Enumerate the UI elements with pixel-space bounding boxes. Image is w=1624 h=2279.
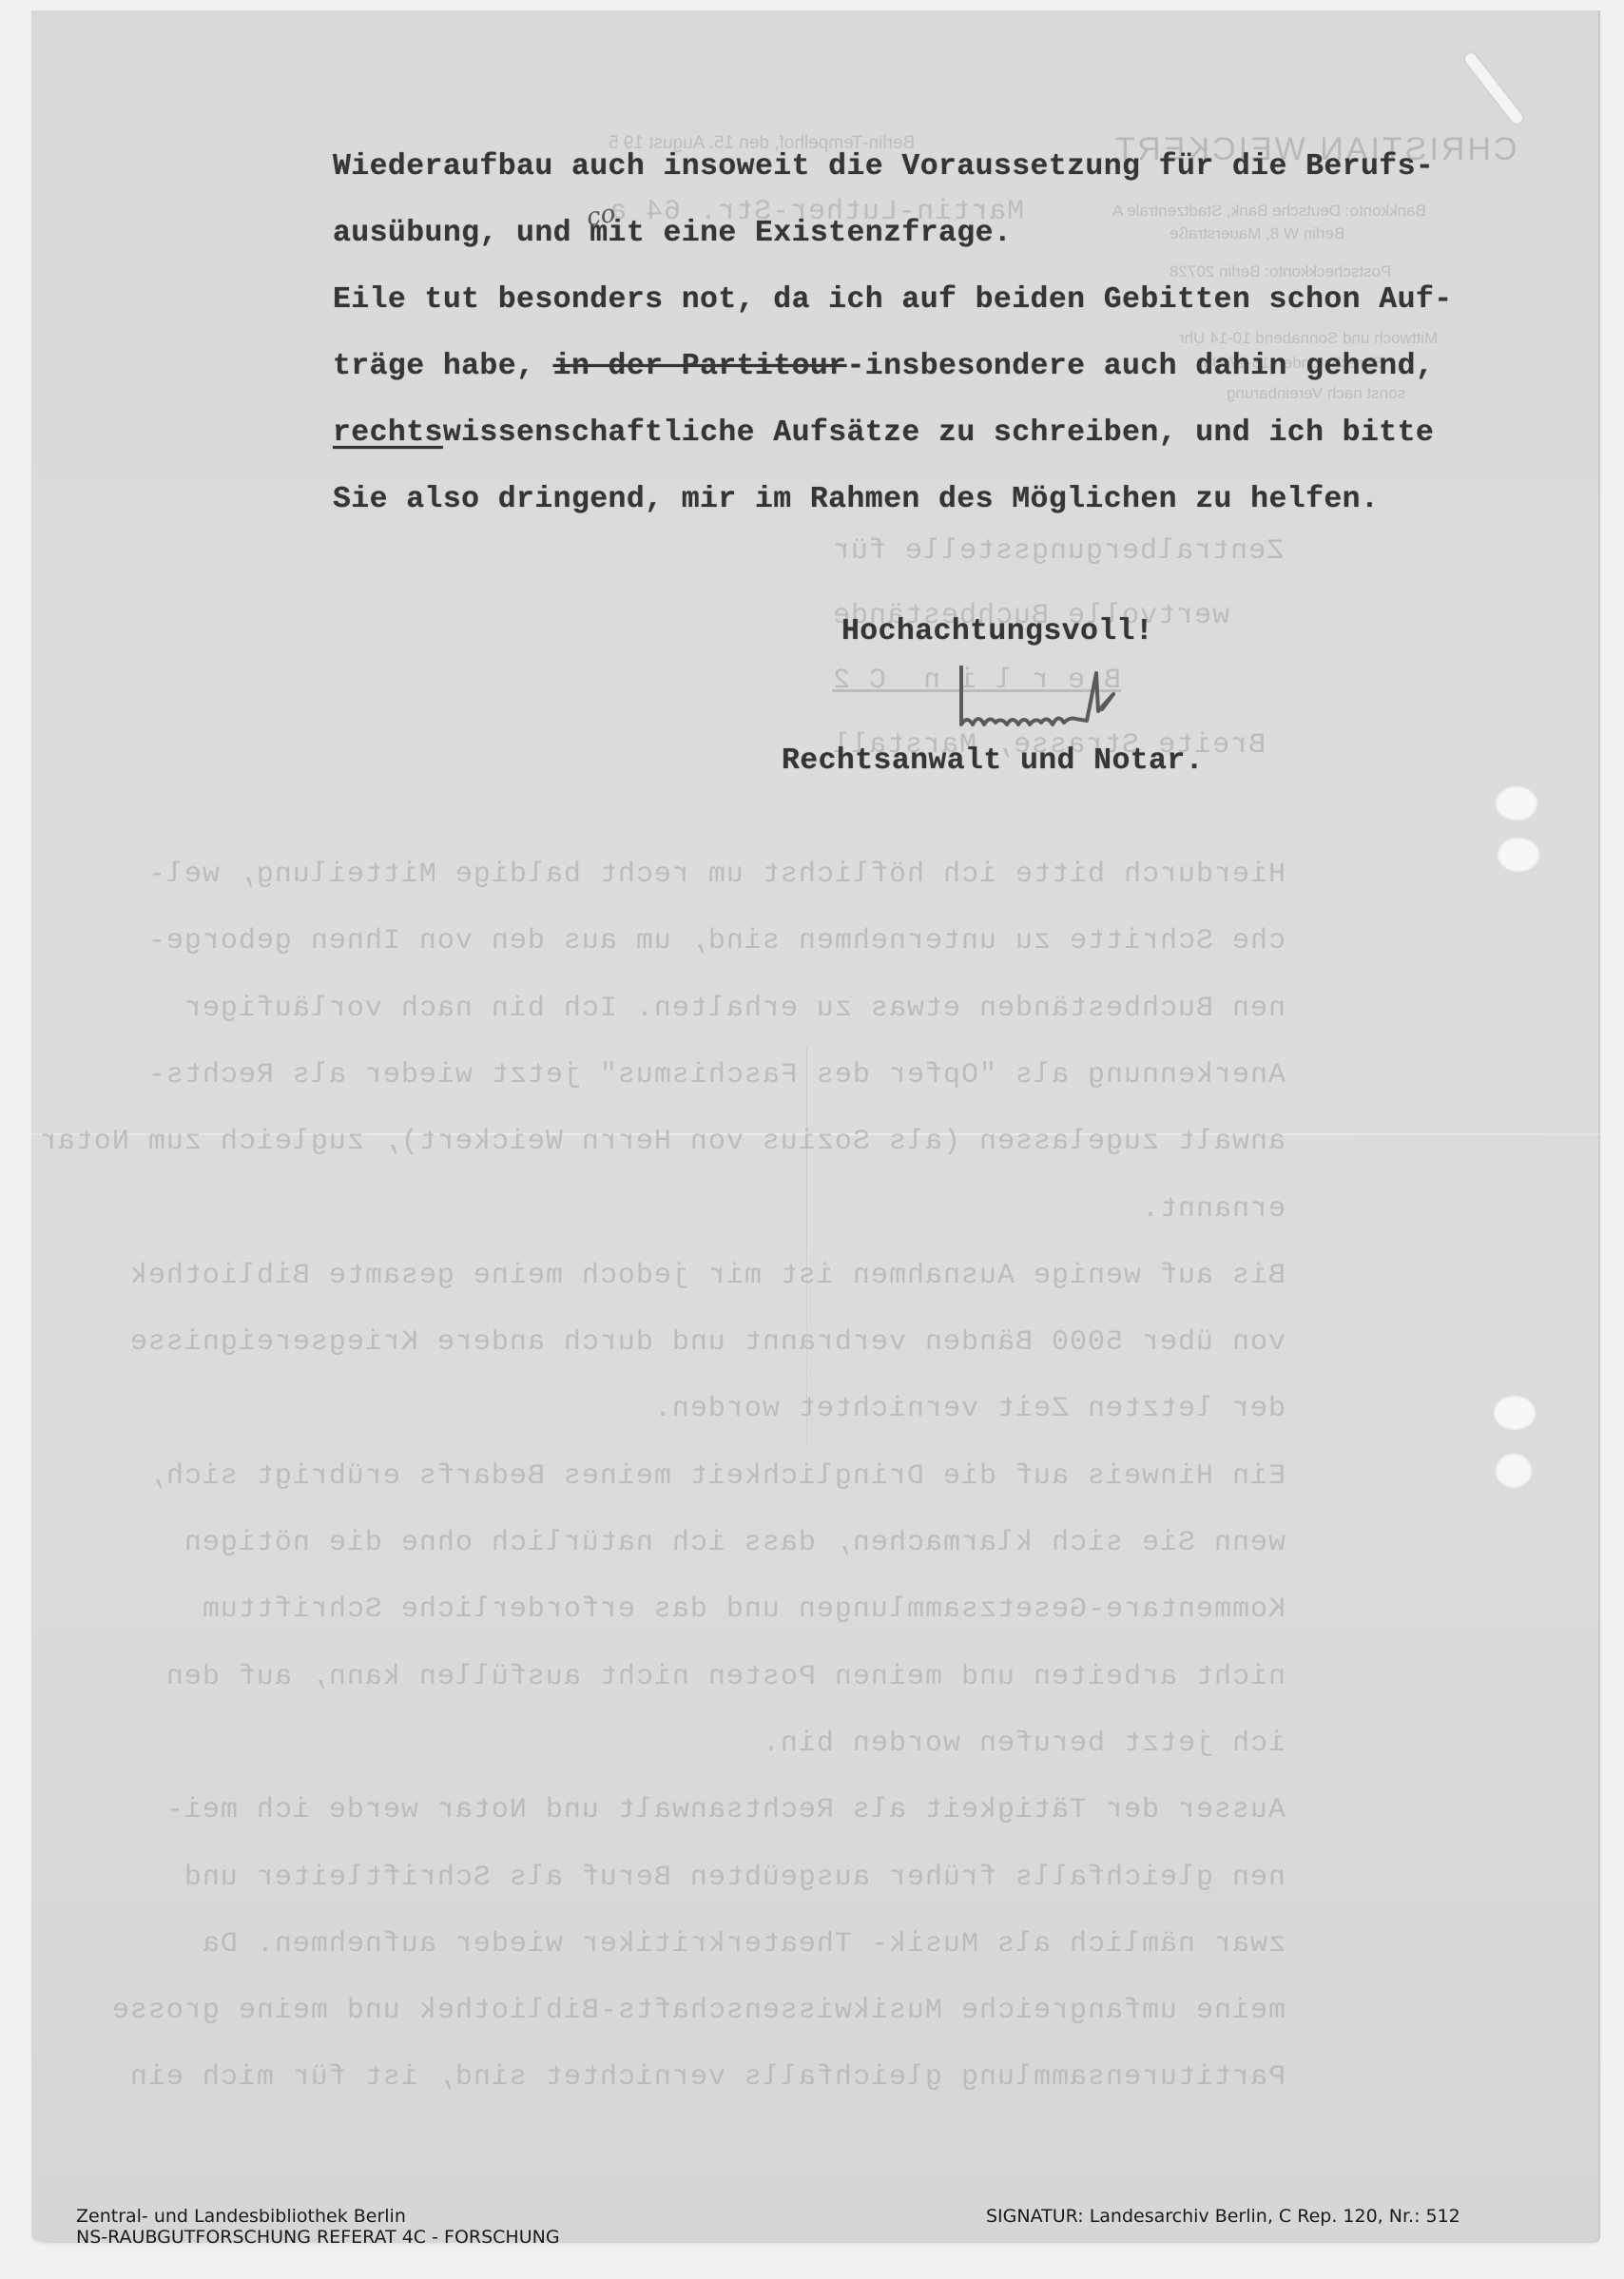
ghost-body-line: Partiturensammlung gleichfalls vernichte… [30,2061,1286,2094]
ghost-letterhead-line: Postscheckkonto: Berlin 20728 [1170,262,1391,281]
ghost-body-line: meine umfangreiche Musikwissenschafts-Bi… [30,1995,1286,2027]
ghost-letterhead-line: sonst nach Vereinbarung [1227,384,1405,403]
title-line: Rechtsanwalt und Notar. [782,744,1204,778]
struck-text: in der Partitour [553,350,847,383]
footer-signatur: SIGNATUR: Landesarchiv Berlin, C Rep. 12… [986,2206,1460,2227]
ghost-body-line: nen gleichfalls früher ausgeübten Beruf … [30,1862,1286,1894]
underlined-text: rechts [333,416,443,450]
footer-library: Zentral- und Landesbibliothek Berlin NS-… [76,2206,560,2248]
ghost-body-line: von über 5000 Bänden verbrannt und durch… [30,1326,1286,1359]
ghost-body-line: anwalt zugelassen (als Sozius von Herrn … [30,1126,1286,1158]
signature-mark [954,666,1144,742]
paper-crease [806,1046,807,1445]
ghost-body-line: der letzten Zeit vernichtet worden. [30,1393,1286,1425]
handwritten-correction: co [585,200,618,233]
ghost-body-line: ich jetzt berufen worden bin. [30,1728,1286,1760]
ghost-body-line: Kommentare-Gesetzsammlungen und das erfo… [30,1593,1286,1626]
letter-line-3: Eile tut besonders not, da ich auf beide… [333,283,1453,317]
ghost-body-line: zwar nämlich als Musik- Theaterkritiker … [30,1928,1286,1960]
ghost-body-line: Ein Hinweis auf die Dringlichkeit meines… [30,1460,1286,1493]
letter-line-5: rechtswissenschaftliche Aufsätze zu schr… [333,416,1434,450]
ghost-body-line: nen Buchbeständen etwas zu erhalten. Ich… [30,993,1286,1025]
binder-hole [1495,1453,1533,1489]
ghost-recipient-line: Zentralbergungsstelle für [832,535,1284,568]
ghost-letterhead-line: Bankkonto: Deutsche Bank, Stadtzentrale … [1112,202,1426,221]
letter-line-2: ausübung, und mit eine Existenzfrage. [333,217,1012,250]
ghost-letterhead-line: Berlin W 8, Mauerstraße [1170,224,1344,243]
ghost-body-line: nicht arbeiten und meinen Posten nicht a… [30,1661,1286,1693]
ghost-body-line: Ausser der Tätigkeit als Rechtsanwalt un… [30,1794,1286,1826]
binder-hole [1495,785,1538,821]
ghost-body-line: Hierdurch bitte ich höflichst um recht b… [30,859,1286,891]
ghost-body-line: Bis auf wenige Ausnahmen ist mir jedoch … [30,1260,1286,1292]
letter-line-4: träge habe, in der Partitour-insbesonder… [333,350,1434,383]
ghost-body-line: ernannt. [30,1193,1286,1226]
closing-text: Hochachtungsvoll! [841,615,1153,648]
ghost-letterhead-line: Mittwoch und Sonnabend 10-14 Uhr [1179,329,1438,348]
letter-line-1: Wiederaufbau auch insoweit die Vorausset… [333,150,1434,183]
ghost-body-line: wenn Sie sich klarmachen, dass ich natür… [30,1527,1286,1559]
binder-hole [1497,837,1540,873]
letter-line-6: Sie also dringend, mir im Rahmen des Mög… [333,483,1379,516]
ghost-body-line: che Schritte zu unternehmen sind, um aus… [30,925,1286,957]
binder-hole [1493,1395,1537,1431]
ghost-body-line: Anerkennung als "Opfer des Faschismus" j… [30,1059,1286,1091]
